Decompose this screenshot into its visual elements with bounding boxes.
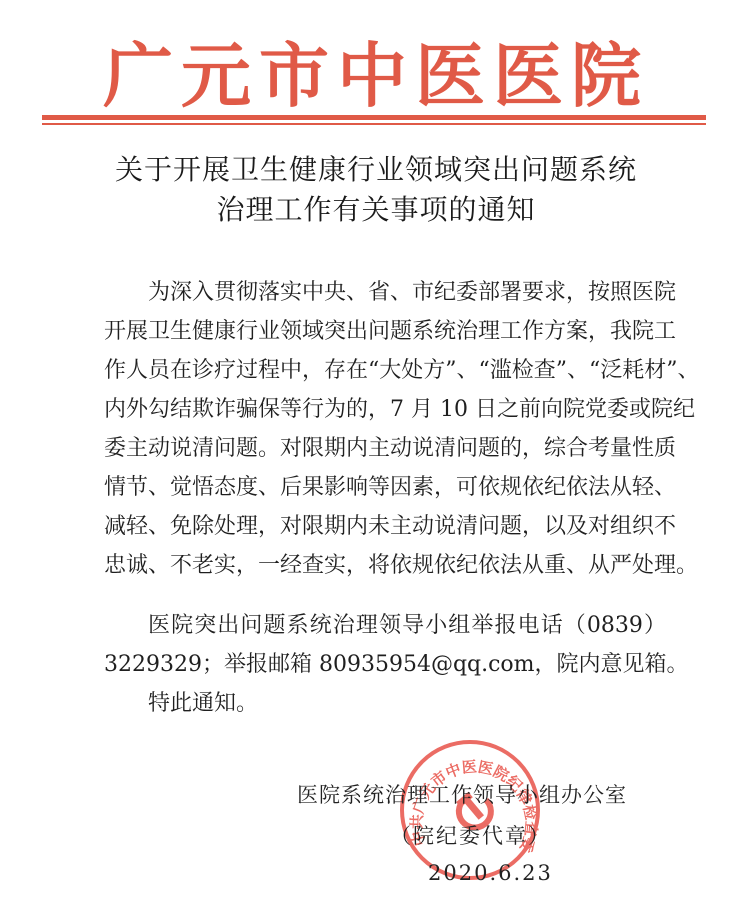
masthead-title: 广元市中医医院 (0, 36, 752, 116)
body-line: 作人员在诊疗过程中，存在“大处方”、“滥检查”、“泛耗材”、 (104, 351, 666, 390)
body-line: 减轻、免除处理，对限期内未主动说清问题，以及对组织不 (104, 507, 666, 546)
masthead-char: 医 (415, 36, 493, 116)
masthead-rule-thin (42, 123, 706, 125)
masthead-char: 中 (337, 36, 415, 116)
masthead-rule-thick (42, 115, 706, 120)
masthead-char: 广 (103, 36, 181, 116)
body-line: 内外勾结欺诈骗保等行为的，7 月 10 日之前向院党委或院纪 (104, 390, 666, 429)
body-line: 情节、觉悟态度、后果影响等因素，可依规依纪依法从轻、 (104, 468, 666, 507)
body-line: 为深入贯彻落实中央、省、市纪委部署要求，按照医院 (148, 273, 666, 312)
document-title-line-2: 治理工作有关事项的通知 (0, 190, 752, 230)
document-title-line-1: 关于开展卫生健康行业领域突出问题系统 (0, 150, 752, 190)
masthead-char: 元 (181, 36, 259, 116)
masthead-char: 市 (259, 36, 337, 116)
body-line: 开展卫生健康行业领域突出问题系统治理工作方案，我院工 (104, 312, 666, 351)
closing-text: 特此通知。 (148, 684, 710, 723)
body-line: 委主动说清问题。对限期内主动说清问题的，综合考量性质 (104, 429, 666, 468)
issuing-office: 医院系统治理工作领导小组办公室 (297, 780, 627, 810)
masthead-char: 院 (571, 36, 649, 116)
body-line-report-phone: 医院突出问题系统治理领导小组举报电话（0839） (148, 606, 666, 645)
issue-date: 2020.6.23 (428, 858, 553, 888)
seal-note: （院纪委代章） (390, 821, 551, 851)
masthead-char: 医 (493, 36, 571, 116)
body-line-report-email: 3229329；举报邮箱 80935954@qq.com，院内意见箱。 (104, 645, 666, 684)
body-line: 忠诚、不老实，一经查实，将依规依纪依法从重、从严处理。 (104, 546, 666, 585)
